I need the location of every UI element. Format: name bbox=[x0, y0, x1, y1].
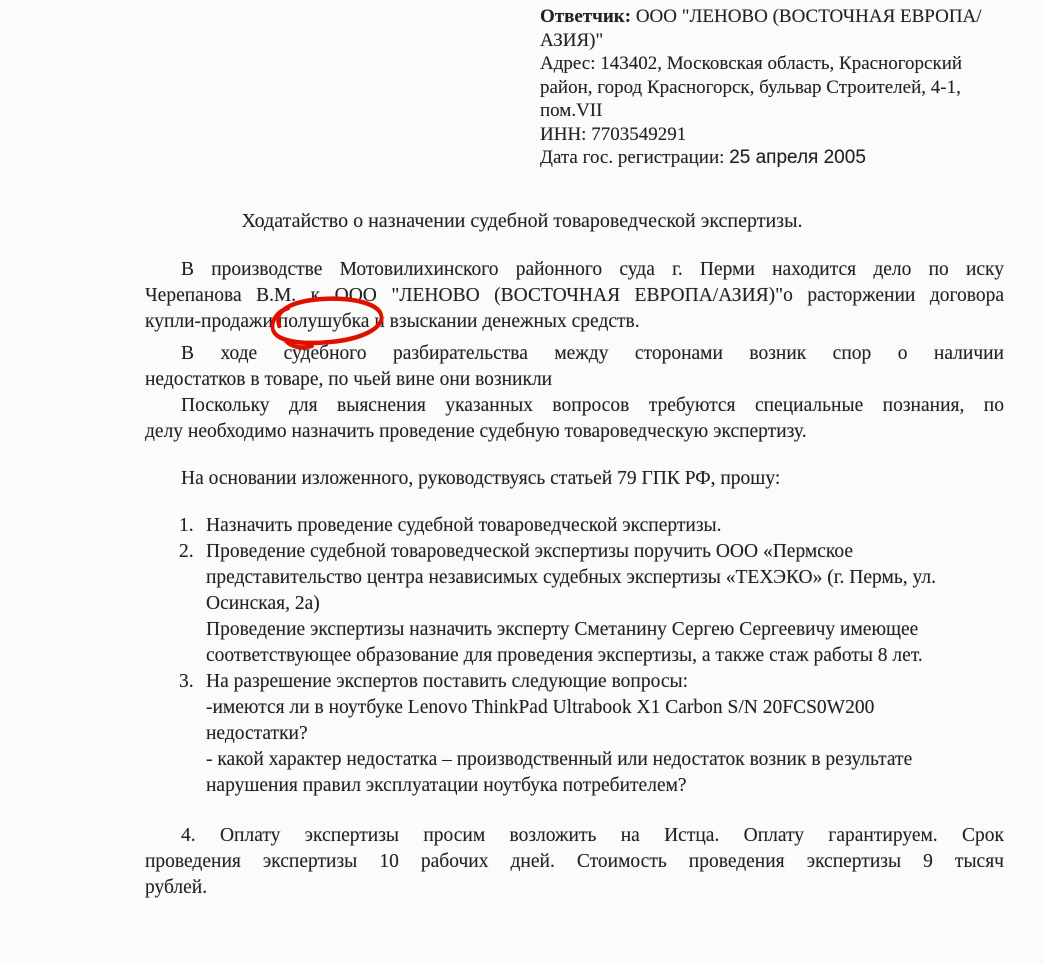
p1-line2: Черепанова В.М. к ООО "ЛЕНОВО (ВОСТОЧНАЯ… bbox=[145, 283, 1004, 309]
respondent-name-line: Ответчик: ООО "ЛЕНОВО (ВОСТОЧНАЯ ЕВРОПА/… bbox=[540, 5, 1014, 52]
list-item-1-body: Назначить проведение судебной товароведч… bbox=[206, 513, 941, 539]
list-item-3-text: На разрешение экспертов поставить следую… bbox=[206, 669, 941, 695]
p1-line1: В производстве Мотовилихинского районног… bbox=[145, 257, 1004, 283]
p2-line1: В ходе судебного разбирательства между с… bbox=[145, 341, 1004, 367]
list-item-2-number: 2. bbox=[179, 539, 206, 565]
list-item-1: 1. Назначить проведение судебной товаров… bbox=[179, 513, 1004, 539]
p1-line3-before: купли-продажи bbox=[145, 311, 278, 332]
p1-line3: купли-продажи полушубка и взыскании дене… bbox=[145, 309, 1004, 335]
document-body: В производстве Мотовилихинского районног… bbox=[145, 257, 1004, 901]
respondent-reg-date-line: Дата гос. регистрации: 25 апреля 2005 bbox=[540, 146, 1014, 170]
paragraph-payment: 4. Оплату экспертизы просим возложить на… bbox=[145, 823, 1004, 901]
list-item-2-text-continued: Проведение экспертизы назначить эксперту… bbox=[206, 617, 941, 669]
scanned-court-petition-page: Ответчик: ООО "ЛЕНОВО (ВОСТОЧНАЯ ЕВРОПА/… bbox=[0, 0, 1044, 964]
paragraph-expertise-need: Поскольку для выяснения указанных вопрос… bbox=[145, 393, 1004, 445]
list-item-1-number: 1. bbox=[179, 513, 206, 539]
p3-line2: делу необходимо назначить проведение суд… bbox=[145, 419, 1004, 445]
list-item-3-question-1: -имеются ли в ноутбуке Lenovo ThinkPad U… bbox=[206, 695, 941, 747]
list-item-1-text: Назначить проведение судебной товароведч… bbox=[206, 513, 941, 539]
circled-word: полушубка bbox=[278, 309, 370, 335]
list-item-2: 2. Проведение судебной товароведческой э… bbox=[179, 539, 1004, 669]
request-list: 1. Назначить проведение судебной товаров… bbox=[179, 513, 1004, 799]
respondent-label: Ответчик: bbox=[540, 6, 631, 27]
p2-line2: недостатков в товаре, по чьей вине они в… bbox=[145, 367, 1004, 393]
respondent-inn: ИНН: 7703549291 bbox=[540, 123, 1014, 147]
p4-line3: рублей. bbox=[145, 875, 1004, 901]
paragraph-request-intro: На основании изложенного, руководствуясь… bbox=[145, 466, 1004, 492]
paragraph-case-intro: В производстве Мотовилихинского районног… bbox=[145, 257, 1004, 335]
document-title: Ходатайство о назначении судебной товаро… bbox=[0, 208, 1044, 234]
list-item-2-body: Проведение судебной товароведческой эксп… bbox=[206, 539, 941, 669]
respondent-address: Адрес: 143402, Московская область, Красн… bbox=[540, 52, 1014, 123]
list-item-3: 3. На разрешение экспертов поставить сле… bbox=[179, 669, 1004, 799]
list-item-3-body: На разрешение экспертов поставить следую… bbox=[206, 669, 941, 799]
p4-line1: 4. Оплату экспертизы просим возложить на… bbox=[145, 823, 1004, 849]
reg-date-label: Дата гос. регистрации: bbox=[540, 147, 729, 168]
list-item-2-text: Проведение судебной товароведческой эксп… bbox=[206, 539, 941, 617]
reg-date-value: 25 апреля 2005 bbox=[729, 147, 866, 168]
paragraph-dispute: В ходе судебного разбирательства между с… bbox=[145, 341, 1004, 393]
circled-word-text: полушубка bbox=[278, 311, 370, 332]
list-item-3-number: 3. bbox=[179, 669, 206, 695]
p1-line3-after: и взыскании денежных средств. bbox=[369, 311, 639, 332]
list-item-3-question-2: - какой характер недостатка – производст… bbox=[206, 747, 941, 799]
respondent-block: Ответчик: ООО "ЛЕНОВО (ВОСТОЧНАЯ ЕВРОПА/… bbox=[540, 5, 1014, 170]
p4-line2: проведения экспертизы 10 рабочих дней. С… bbox=[145, 849, 1004, 875]
p3-line1: Поскольку для выяснения указанных вопрос… bbox=[145, 393, 1004, 419]
